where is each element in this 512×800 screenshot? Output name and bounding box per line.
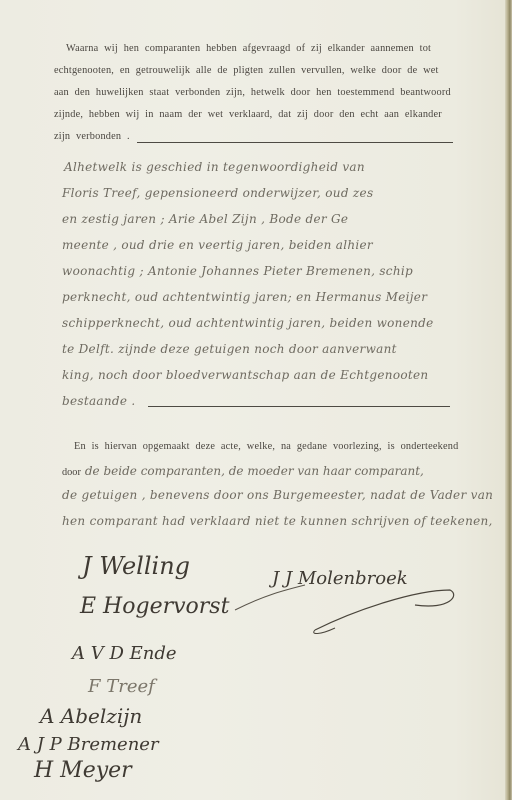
handwritten-line-7: schipperknecht, oud achtentwintig jaren,… (62, 316, 434, 330)
handwritten-line-5: woonachtig ; Antonie Johannes Pieter Bre… (62, 264, 413, 278)
printed-line-1: Waarna wij hen comparanten hebben afgevr… (66, 43, 431, 54)
signature-flourish-icon (225, 570, 465, 640)
closing-handwritten-1: de beide comparanten, de moeder van haar… (85, 464, 424, 478)
fill-rule-1 (137, 142, 453, 143)
closing-handwritten-2: de getuigen , benevens door ons Burgemee… (62, 488, 493, 502)
handwritten-line-1: Alhetwelk is geschied in tegenwoordighei… (64, 160, 365, 174)
signature-hogervorst: E Hogervorst (80, 594, 229, 619)
signature-abelzijn: A Abelzijn (40, 704, 142, 728)
signature-bremener: A J P Bremener (18, 734, 159, 755)
closing-printed-prefix: door (62, 467, 81, 478)
page-edge (505, 0, 512, 800)
printed-closing-line: En is hiervan opgemaakt deze acte, welke… (74, 441, 458, 452)
handwritten-line-4: meente , oud drie en veertig jaren, beid… (62, 238, 373, 252)
handwritten-line-10: bestaande . (62, 394, 136, 408)
document-page: Waarna wij hen comparanten hebben afgevr… (0, 0, 505, 800)
handwritten-line-6: perknecht, oud achtentwintig jaren; en H… (62, 290, 427, 304)
printed-line-5: zijn verbonden . (54, 131, 130, 142)
closing-handwritten-3: hen comparant had verklaard niet te kunn… (62, 514, 493, 528)
closing-line-1: door de beide comparanten, de moeder van… (62, 462, 424, 480)
signature-welling: J Welling (82, 552, 190, 580)
handwritten-line-3: en zestig jaren ; Arie Abel Zijn , Bode … (62, 212, 348, 226)
printed-line-3: aan den huwelijken staat verbonden zijn,… (54, 87, 451, 98)
printed-line-4: zijnde, hebben wij in naam der wet verkl… (54, 109, 442, 120)
handwritten-line-8: te Delft. zijnde deze getuigen noch door… (62, 342, 397, 356)
signature-vd-ende: A V D Ende (72, 643, 177, 664)
handwritten-line-2: Floris Treef, gepensioneerd onderwijzer,… (62, 186, 373, 200)
handwritten-line-9: king, noch door bloedverwantschap aan de… (62, 368, 428, 382)
signature-treef: F Treef (88, 676, 155, 697)
fill-rule-2 (148, 406, 450, 407)
printed-line-2: echtgenooten, en getrouwelijk alle de pl… (54, 65, 439, 76)
signature-meyer: H Meyer (34, 758, 132, 783)
